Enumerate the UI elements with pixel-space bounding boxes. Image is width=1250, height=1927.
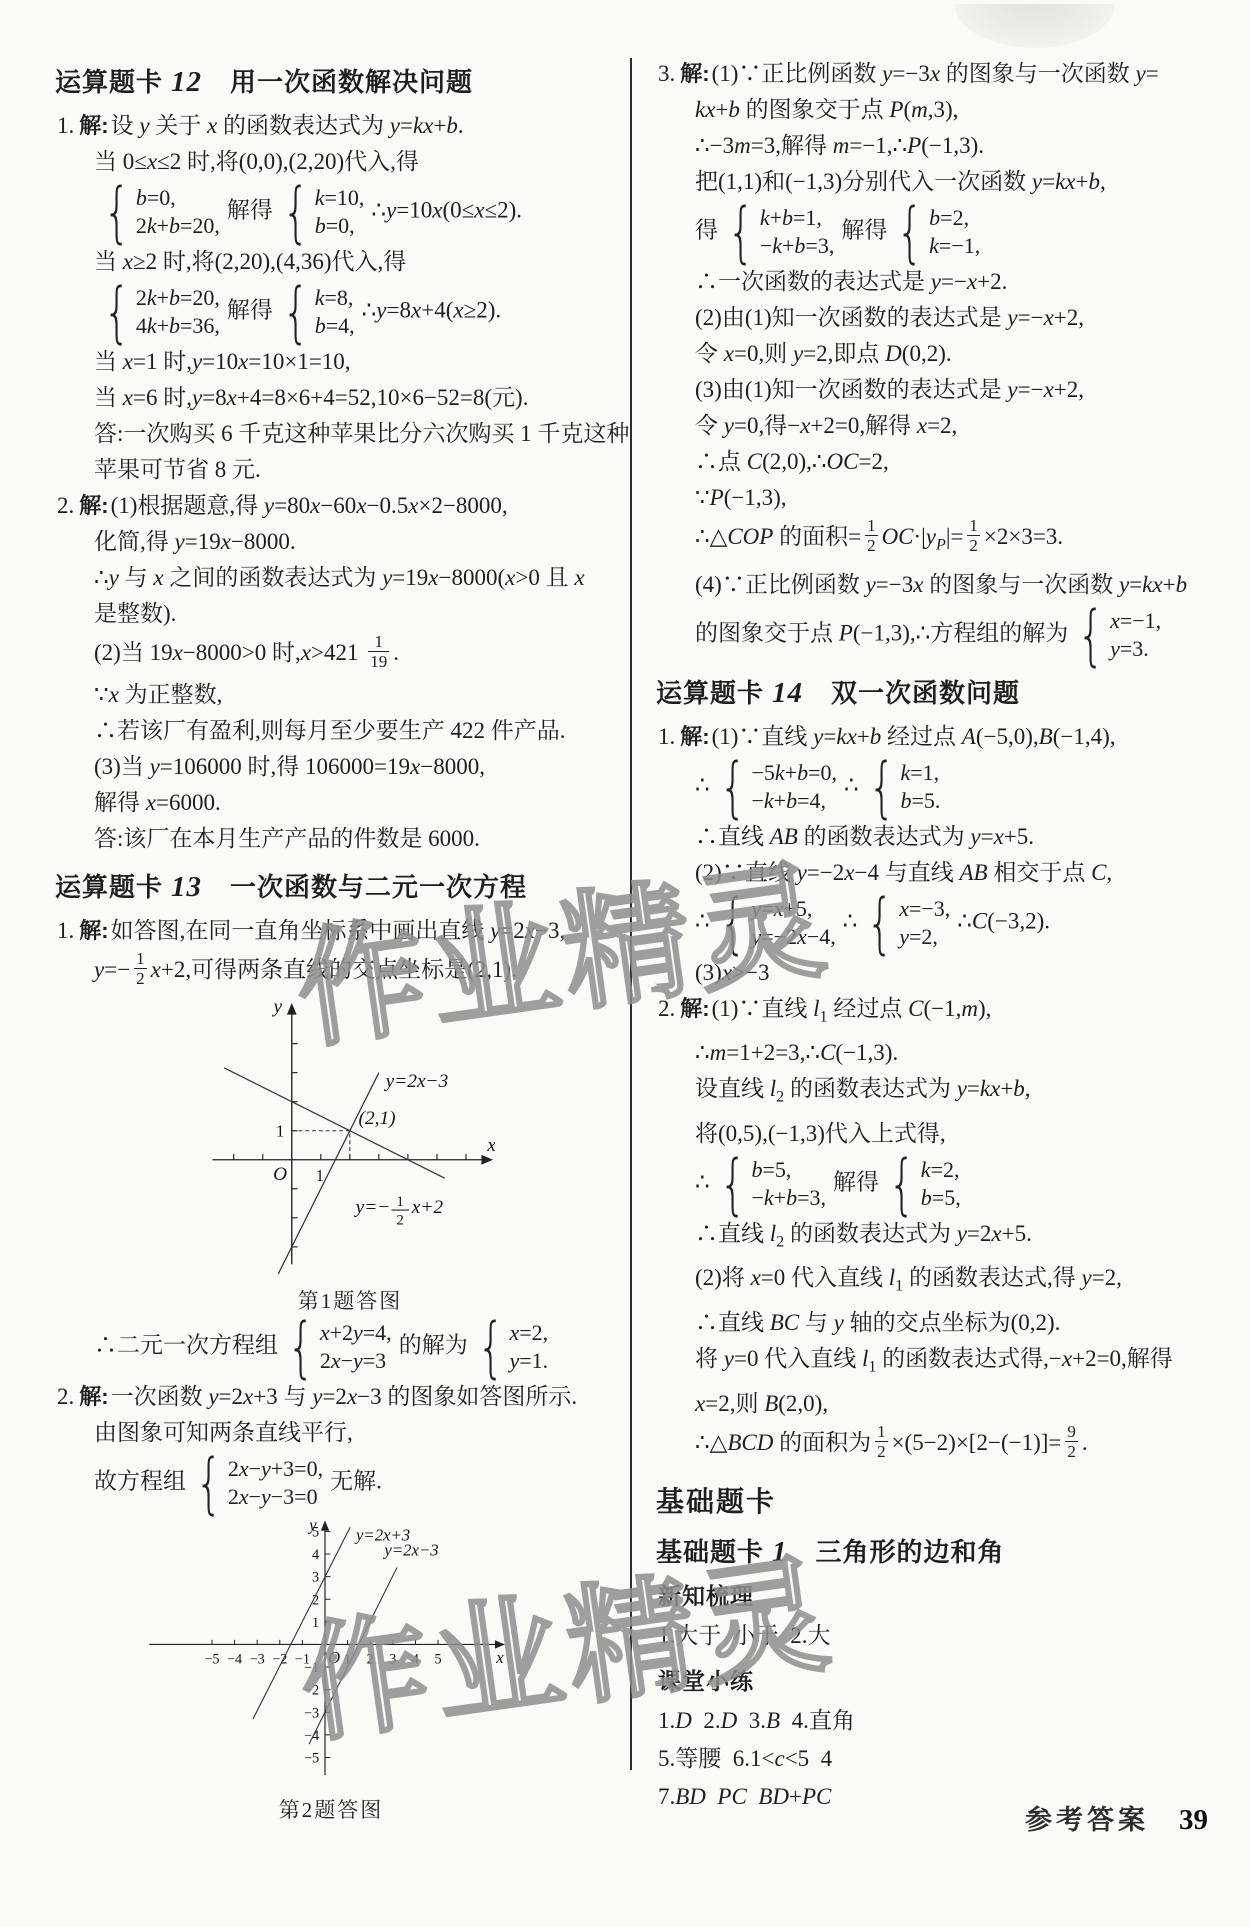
brace-icon: { [719, 1151, 746, 1217]
fraction: 12 [134, 950, 147, 989]
equation-system: {k+b=1,−k+b=3, [725, 204, 834, 260]
y-axis-arrow-icon [287, 1003, 297, 1015]
solution-line: 得{k+b=1,−k+b=3,解得{b=2,k=−1, [658, 204, 1220, 260]
solution-line: 令 x=0,则 y=2,即点 D(0,2). [658, 336, 1220, 372]
fraction: 12 [967, 517, 980, 556]
equation-system: {x+2y=4,2x−y=3 [285, 1319, 392, 1375]
equation-system: {y=x+5,y=−2x−4, [717, 895, 836, 951]
solution-line: ∴二元一次方程组{x+2y=4,2x−y=3的解为{x=2,y=1. [57, 1319, 623, 1375]
right-column: 3.解:(1)∵正比例函数 y=−3x 的图象与一次函数 y=kx+b 的图象交… [658, 56, 1220, 1816]
footer-label: 参考答案 [1025, 1805, 1149, 1835]
equation-system: {b=2,k=−1, [894, 204, 980, 260]
solution-line: 答:该厂在本月生产产品的件数是 6000. [57, 821, 623, 857]
svg-text:−5: −5 [304, 1751, 319, 1767]
solution-lead: 解: [79, 493, 110, 518]
brace-icon: { [282, 179, 309, 245]
solution-line: ∴△COP 的面积=12OC·|yP|=12×2×3=3. [658, 519, 1220, 564]
figure-caption: 第2题答图 [145, 1794, 517, 1824]
item-number: 2. [57, 493, 79, 518]
equation-system: {b=5,−k+b=3, [717, 1156, 826, 1212]
solution-line: 令 y=0,得−x+2=0,解得 x=2, [658, 408, 1220, 444]
origin-label: O [273, 1165, 287, 1186]
x-tick-1: 1 [316, 1166, 324, 1185]
equation-system: {k=10,b=0, [280, 184, 365, 240]
fraction: 119 [368, 633, 389, 672]
equation-system: {2k+b=20,4k+b=36, [101, 284, 220, 340]
solution-line: y=−12x+2,可得两条直线的交点坐标是(2,1). [57, 952, 623, 991]
svg-text:3: 3 [312, 1570, 319, 1586]
solution-line: 1.解:设 y 关于 x 的函数表达式为 y=kx+b. [57, 108, 623, 144]
solution-line: 设直线 l2 的函数表达式为 y=kx+b, [658, 1071, 1220, 1116]
section-heading: 基础题卡1三角形的边和角 [656, 1532, 1220, 1569]
origin-label: O [328, 1648, 340, 1667]
line2-equation-label: y=2x−3 [382, 1541, 438, 1560]
solution-lead: 解: [680, 996, 711, 1021]
svg-text:−2: −2 [304, 1683, 319, 1699]
solution-line: (3)由(1)知一次函数的表达式是 y=−x+2, [658, 372, 1220, 408]
figure-answer-2: −5−4−3−2−112345 54321−1−2−3−4−5 y x O y=… [145, 1517, 517, 1824]
brace-icon: { [867, 890, 894, 956]
solution-line: ∴直线 BC 与 y 轴的交点坐标为(0,2). [658, 1305, 1220, 1341]
solution-line: 将 y=0 代入直线 l1 的函数表达式得,−x+2=0,解得 [658, 1341, 1220, 1386]
solution-lead: 解: [680, 61, 711, 86]
solution-line: 当 0≤x≤2 时,将(0,0),(2,20)代入,得 [57, 144, 623, 180]
svg-text:−1: −1 [304, 1661, 319, 1677]
solution-line: ∴{y=x+5,y=−2x−4,∴{x=−3,y=2,∴C(−3,2). [658, 895, 1220, 951]
equation-system: {b=0,2k+b=20, [101, 184, 220, 240]
brace-icon: { [1078, 602, 1105, 668]
solution-line: (4)∵正比例函数 y=−3x 的图象与一次函数 y=kx+b [658, 567, 1220, 603]
solution-line: 2.解:一次函数 y=2x+3 与 y=2x−3 的图象如答图所示. [57, 1379, 623, 1415]
y-axis-arrow-icon [321, 1521, 329, 1531]
y-tick-1: 1 [276, 1122, 284, 1141]
solution-line: (2)当 19x−8000>0 时,x>421 119. [57, 635, 623, 674]
coordinate-graph-2: −5−4−3−2−112345 54321−1−2−3−4−5 y x O y=… [145, 1517, 505, 1787]
brace-icon: { [727, 199, 754, 265]
brace-icon: { [719, 890, 746, 956]
line-y-2x-minus-3 [309, 1568, 397, 1745]
solution-line: kx+b 的图象交于点 P(m,3), [658, 92, 1220, 128]
y-axis-label: y [307, 1517, 317, 1535]
svg-text:1: 1 [312, 1615, 319, 1631]
equation-system: {x=−3,y=2, [864, 895, 950, 951]
solution-line: ∴点 C(2,0),∴OC=2, [658, 444, 1220, 480]
section-heading: 运算题卡14双一次函数问题 [656, 673, 1220, 710]
fraction: 92 [1065, 1423, 1078, 1462]
svg-text:2: 2 [367, 1652, 374, 1668]
solution-line: 答:一次购买 6 千克这种苹果比分六次购买 1 千克这种 [57, 416, 623, 452]
equation-system: {x=2,y=1. [475, 1319, 549, 1375]
solution-line: 由图象可知两条直线平行, [57, 1415, 623, 1451]
solution-line: 故方程组{2x−y+3=0,2x−y−3=0无解. [57, 1455, 623, 1511]
page-footer: 参考答案39 [1025, 1798, 1208, 1837]
x-axis-label: x [495, 1648, 504, 1667]
brace-icon: { [103, 179, 130, 245]
brace-icon: { [103, 279, 130, 345]
solution-line: 2.解:(1)∵直线 l1 经过点 C(−1,m), [658, 991, 1220, 1036]
item-number: 2. [57, 1384, 79, 1409]
brace-icon: { [477, 1314, 504, 1380]
solution-lead: 解: [79, 1384, 110, 1409]
svg-text:−4: −4 [304, 1728, 319, 1744]
solution-lead: 解: [680, 724, 711, 749]
solution-line: 当 x≥2 时,将(2,20),(4,36)代入,得 [57, 244, 623, 280]
solution-line: 1.大于 小于 2.大 [658, 1617, 1220, 1655]
left-column: 运算题卡12用一次函数解决问题1.解:设 y 关于 x 的函数表达式为 y=kx… [57, 52, 623, 1828]
workbook-answer-page: 运算题卡12用一次函数解决问题1.解:设 y 关于 x 的函数表达式为 y=kx… [0, 0, 1250, 1927]
solution-line: ∵P(−1,3), [658, 480, 1220, 516]
solution-line: ∴直线 l2 的函数表达式为 y=2x+5. [658, 1216, 1220, 1261]
svg-text:1: 1 [397, 1195, 404, 1211]
solution-lead: 解: [79, 918, 110, 943]
coordinate-graph-1: y x O 1 1 y=2x−3 (2,1) y=− 1 2 x+2 [195, 997, 495, 1278]
solution-line: ∴−3m=3,解得 m=−1,∴P(−1,3). [658, 128, 1220, 164]
solution-line: ∵x 为正整数, [57, 677, 623, 713]
item-number: 2. [658, 996, 680, 1021]
svg-text:y=−: y=− [354, 1197, 391, 1218]
svg-text:1: 1 [344, 1652, 351, 1668]
solution-line: (3)当 y=106000 时,得 106000=19x−8000, [57, 749, 623, 785]
solution-line: {b=0,2k+b=20,解得{k=10,b=0,∴y=10x(0≤x≤2). [57, 184, 623, 240]
svg-text:3: 3 [389, 1652, 396, 1668]
column-divider [630, 58, 632, 1770]
section-heading: 运算题卡13一次函数与二元一次方程 [55, 867, 623, 904]
solution-line: 的图象交于点 P(−1,3),∴方程组的解为{x=−1,y=3. [658, 607, 1220, 663]
svg-text:−4: −4 [227, 1652, 242, 1668]
equation-system: {−5k+b=0,−k+b=4, [717, 759, 837, 815]
solution-line: {2k+b=20,4k+b=36,解得{k=8,b=4,∴y=8x+4(x≥2)… [57, 284, 623, 340]
solution-line: 化简,得 y=19x−8000. [57, 524, 623, 560]
solution-line: (2)由(1)知一次函数的表达式是 y=−x+2, [658, 300, 1220, 336]
solution-line: 解得 x=6000. [57, 785, 623, 821]
equation-system: {k=2,b=5, [886, 1156, 961, 1212]
solution-line: 是整数). [57, 596, 623, 632]
svg-text:−3: −3 [304, 1706, 319, 1722]
item-number: 1. [57, 113, 79, 138]
equation-system: {x=−1,y=3. [1075, 607, 1161, 663]
solution-line: 当 x=1 时,y=10x=10×1=10, [57, 344, 623, 380]
solution-line: ∴若该厂有盈利,则每月至少要生产 422 件产品. [57, 713, 623, 749]
intersection-point-label: (2,1) [359, 1108, 396, 1129]
part-heading: 基础题卡 [656, 1480, 1220, 1520]
solution-line: ∴{b=5,−k+b=3,解得{k=2,b=5, [658, 1156, 1220, 1212]
y-axis-label: y [272, 997, 283, 1018]
fraction: 12 [875, 1423, 888, 1462]
brace-icon: { [287, 1314, 314, 1380]
solution-line: 5.等腰 6.1<c<5 4 [658, 1740, 1220, 1778]
subsection-heading: 新知梳理 [658, 1578, 1220, 1611]
brace-icon: { [195, 1450, 222, 1516]
item-number: 3. [658, 61, 680, 86]
equation-system: {2x−y+3=0,2x−y−3=0 [193, 1455, 323, 1511]
solution-line: 1.D 2.D 3.B 4.直角 [658, 1702, 1220, 1740]
svg-text:2: 2 [397, 1213, 404, 1229]
figure-answer-1: y x O 1 1 y=2x−3 (2,1) y=− 1 2 x+2 第1题答图 [195, 997, 505, 1315]
svg-text:−5: −5 [204, 1652, 219, 1668]
svg-text:4: 4 [412, 1652, 419, 1668]
equation-system: {k=8,b=4, [280, 284, 355, 340]
solution-lead: 解: [79, 113, 110, 138]
x-axis-arrow-icon [481, 1155, 493, 1165]
solution-line: (2)将 x=0 代入直线 l1 的函数表达式,得 y=2, [658, 1260, 1220, 1305]
brace-icon: { [282, 279, 309, 345]
solution-line: 3.解:(1)∵正比例函数 y=−3x 的图象与一次函数 y= [658, 56, 1220, 92]
svg-text:x+2: x+2 [411, 1197, 444, 1218]
solution-line: x=2,则 B(2,0), [658, 1386, 1220, 1422]
line2-equation-label: y=− 1 2 x+2 [354, 1195, 444, 1229]
subsection-heading: 课堂小练 [658, 1663, 1220, 1696]
fraction: 12 [865, 517, 878, 556]
solution-line: 2.解:(1)根据题意,得 y=80x−60x−0.5x×2−8000, [57, 488, 623, 524]
line1-equation-label: y=2x−3 [384, 1072, 449, 1093]
item-number: 1. [658, 724, 680, 749]
solution-line: ∴△BCD 的面积为12×(5−2)×[2−(−1)]=92. [658, 1425, 1220, 1464]
brace-icon: { [897, 199, 924, 265]
brace-icon: { [888, 1151, 915, 1217]
y-tick-labels: 54321−1−2−3−4−5 [304, 1525, 330, 1767]
x-axis-label: x [486, 1135, 495, 1156]
solution-line: 当 x=6 时,y=8x+4=8×6+4=52,10×6−52=8(元). [57, 380, 623, 416]
solution-line: ∴{−5k+b=0,−k+b=4,∴{k=1,b=5. [658, 759, 1220, 815]
equation-system: {k=1,b=5. [866, 759, 941, 815]
page-number: 39 [1179, 1804, 1208, 1836]
brace-icon: { [719, 754, 746, 820]
figure-caption: 第1题答图 [195, 1285, 505, 1315]
svg-text:5: 5 [434, 1652, 441, 1668]
section-heading: 运算题卡12用一次函数解决问题 [55, 62, 623, 99]
solution-line: ∴y 与 x 之间的函数表达式为 y=19x−8000(x>0 且 x [57, 560, 623, 596]
solution-line: 苹果可节省 8 元. [57, 452, 623, 488]
svg-text:−3: −3 [250, 1652, 265, 1668]
solution-line: ∴m=1+2=3,∴C(−1,3). [658, 1035, 1220, 1071]
page-curl-shadow [955, 4, 1115, 48]
solution-line: 1.解:如答图,在同一直角坐标系中画出直线 y=2x−3, [57, 913, 623, 949]
item-number: 1. [57, 918, 79, 943]
brace-icon: { [868, 754, 895, 820]
svg-text:4: 4 [312, 1548, 319, 1564]
